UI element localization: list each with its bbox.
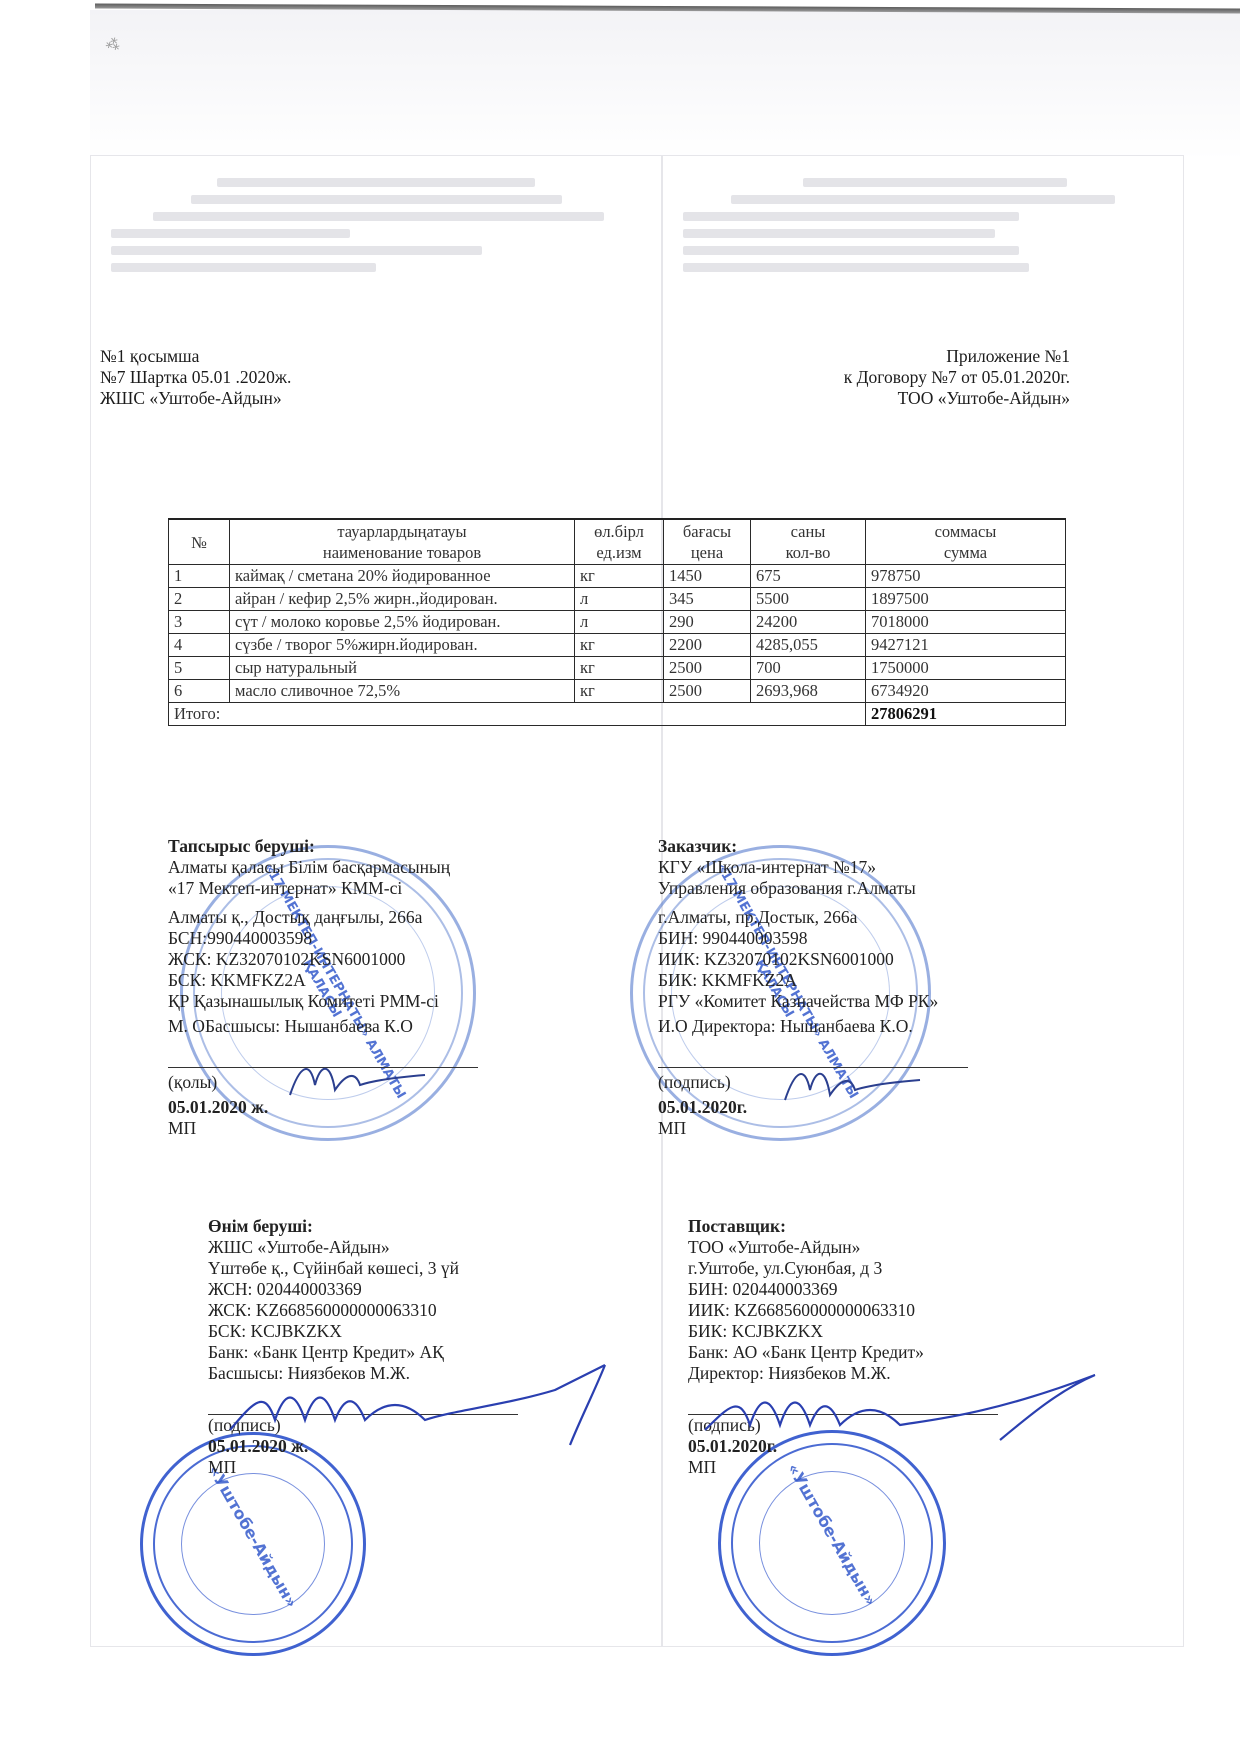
customer-name-ru: КГУ «Школа-интернат №17» bbox=[658, 857, 968, 878]
signature-customer-kz bbox=[280, 1055, 430, 1105]
table-header-row: № тауарлардыңатауынаименование товаров ө… bbox=[169, 519, 1066, 565]
cell-unit: л bbox=[575, 611, 664, 634]
supplier-bik-kz: БСК: KCJBKZKX bbox=[208, 1321, 518, 1342]
col-number: № bbox=[169, 519, 230, 565]
table-row: 2айран / кефир 2,5% жирн.,йодирован.л345… bbox=[169, 588, 1066, 611]
seal-label: МП bbox=[658, 1118, 968, 1139]
col-price: бағасыцена bbox=[664, 519, 751, 565]
cell-price: 345 bbox=[664, 588, 751, 611]
cell-no: 4 bbox=[169, 634, 230, 657]
supplier-iik-ru: ИИК: KZ668560000000063310 bbox=[688, 1300, 998, 1321]
col-qty: саныкол-во bbox=[751, 519, 866, 565]
total-row: Итого: 27806291 bbox=[169, 703, 1066, 726]
cell-name: масло сливочное 72,5% bbox=[230, 680, 575, 703]
company-ru: ТОО «Уштобе-Айдын» bbox=[844, 388, 1070, 409]
cell-name: сүт / молоко коровье 2,5% йодирован. bbox=[230, 611, 575, 634]
seal-label: МП bbox=[168, 1118, 478, 1139]
table-row: 1каймақ / сметана 20% йодированноекг1450… bbox=[169, 565, 1066, 588]
customer-name-ru-2: Управления образования г.Алматы bbox=[658, 878, 968, 899]
col-sum: соммасысумма bbox=[866, 519, 1066, 565]
total-value: 27806291 bbox=[866, 703, 1066, 726]
supplier-bin-ru: БИН: 020440003369 bbox=[688, 1279, 998, 1300]
cell-qty: 5500 bbox=[751, 588, 866, 611]
customer-iik-ru: ИИК: KZ32070102KSN6001000 bbox=[658, 949, 968, 970]
goods-table-body: 1каймақ / сметана 20% йодированноекг1450… bbox=[169, 565, 1066, 703]
cell-no: 2 bbox=[169, 588, 230, 611]
cell-sum: 978750 bbox=[866, 565, 1066, 588]
goods-table: № тауарлардыңатауынаименование товаров ө… bbox=[168, 518, 1066, 726]
cell-name: сыр натуральный bbox=[230, 657, 575, 680]
signature-supplier-ru bbox=[700, 1365, 1100, 1450]
customer-title-kz: Тапсырыс беруші: bbox=[168, 836, 478, 857]
table-row: 5сыр натуральныйкг25007001750000 bbox=[169, 657, 1066, 680]
customer-iik-kz: ЖСК: KZ32070102KSN6001000 bbox=[168, 949, 478, 970]
customer-name-kz: Алматы қаласы Білім басқармасының bbox=[168, 857, 478, 878]
supplier-address-kz: Үштөбе қ., Сүйінбай көшесі, 3 үй bbox=[208, 1258, 518, 1279]
seal-label: МП bbox=[688, 1457, 998, 1478]
cell-unit: кг bbox=[575, 634, 664, 657]
signature-supplier-kz bbox=[225, 1360, 615, 1450]
customer-address-ru: г.Алматы, пр.Достык, 266а bbox=[658, 907, 968, 928]
cell-no: 3 bbox=[169, 611, 230, 634]
customer-bik-kz: БСК: KKMFKZ2A bbox=[168, 970, 478, 991]
supplier-title-kz: Өнім беруші: bbox=[208, 1216, 518, 1237]
cell-unit: л bbox=[575, 588, 664, 611]
cell-price: 290 bbox=[664, 611, 751, 634]
cell-price: 2500 bbox=[664, 657, 751, 680]
col-name: тауарлардыңатауынаименование товаров bbox=[230, 519, 575, 565]
cell-price: 2500 bbox=[664, 680, 751, 703]
cell-sum: 6734920 bbox=[866, 680, 1066, 703]
supplier-bin-kz: ЖСН: 020440003369 bbox=[208, 1279, 518, 1300]
cell-no: 5 bbox=[169, 657, 230, 680]
cell-unit: кг bbox=[575, 565, 664, 588]
customer-head-ru: И.О Директора: Нышанбаева К.О. bbox=[658, 1016, 968, 1037]
supplier-bank-ru: Банк: АО «Банк Центр Кредит» bbox=[688, 1342, 998, 1363]
supplier-title-ru: Поставщик: bbox=[688, 1216, 998, 1237]
customer-title-ru: Заказчик: bbox=[658, 836, 968, 857]
annex-number-kz: №1 қосымша bbox=[100, 346, 291, 367]
customer-name-kz-2: «17 Мектеп-интернат» КММ-сі bbox=[168, 878, 478, 899]
col-unit: өл.бірлед.изм bbox=[575, 519, 664, 565]
table-row: 6масло сливочное 72,5%кг25002693,9686734… bbox=[169, 680, 1066, 703]
cell-unit: кг bbox=[575, 680, 664, 703]
customer-bin-kz: БСН:990440003598 bbox=[168, 928, 478, 949]
contract-ref-ru: к Договору №7 от 05.01.2020г. bbox=[844, 367, 1070, 388]
customer-bik-ru: БИК: KKMFKZ2A bbox=[658, 970, 968, 991]
cell-price: 2200 bbox=[664, 634, 751, 657]
supplier-address-ru: г.Уштобе, ул.Суюнбая, д 3 bbox=[688, 1258, 998, 1279]
cell-name: сүзбе / творог 5%жирн.йодирован. bbox=[230, 634, 575, 657]
seal-label: МП bbox=[208, 1457, 518, 1478]
total-label: Итого: bbox=[169, 703, 866, 726]
cell-qty: 675 bbox=[751, 565, 866, 588]
cell-qty: 4285,055 bbox=[751, 634, 866, 657]
supplier-name-kz: ЖШС «Уштобе-Айдын» bbox=[208, 1237, 518, 1258]
cell-unit: кг bbox=[575, 657, 664, 680]
cell-sum: 7018000 bbox=[866, 611, 1066, 634]
table-row: 4сүзбе / творог 5%жирн.йодирован.кг22004… bbox=[169, 634, 1066, 657]
cell-sum: 1897500 bbox=[866, 588, 1066, 611]
cell-name: каймақ / сметана 20% йодированное bbox=[230, 565, 575, 588]
scan-shadow bbox=[90, 10, 1240, 160]
header-left: №1 қосымша №7 Шартка 05.01 .2020ж. ЖШС «… bbox=[100, 346, 291, 409]
customer-head-kz: М. ОБасшысы: Нышанбаева К.О bbox=[168, 1016, 478, 1037]
annex-number-ru: Приложение №1 bbox=[844, 346, 1070, 367]
header-right: Приложение №1 к Договору №7 от 05.01.202… bbox=[844, 346, 1070, 409]
cell-qty: 700 bbox=[751, 657, 866, 680]
cell-sum: 1750000 bbox=[866, 657, 1066, 680]
cell-name: айран / кефир 2,5% жирн.,йодирован. bbox=[230, 588, 575, 611]
supplier-bik-ru: БИК: KCJBKZKX bbox=[688, 1321, 998, 1342]
supplier-iik-kz: ЖСК: KZ668560000000063310 bbox=[208, 1300, 518, 1321]
customer-address-kz: Алматы қ., Достық даңғылы, 266а bbox=[168, 907, 478, 928]
customer-treasury-ru: РГУ «Комитет Казначейства МФ РК» bbox=[658, 991, 968, 1012]
cell-price: 1450 bbox=[664, 565, 751, 588]
table-row: 3сүт / молоко коровье 2,5% йодирован.л29… bbox=[169, 611, 1066, 634]
customer-bin-ru: БИН: 990440003598 bbox=[658, 928, 968, 949]
signature-customer-ru bbox=[775, 1060, 925, 1110]
cell-sum: 9427121 bbox=[866, 634, 1066, 657]
cell-qty: 24200 bbox=[751, 611, 866, 634]
cell-qty: 2693,968 bbox=[751, 680, 866, 703]
company-kz: ЖШС «Уштобе-Айдын» bbox=[100, 388, 291, 409]
supplier-name-ru: ТОО «Уштобе-Айдын» bbox=[688, 1237, 998, 1258]
contract-ref-kz: №7 Шартка 05.01 .2020ж. bbox=[100, 367, 291, 388]
customer-treasury-kz: ҚР Қазынашылық Комитеті РММ-сі bbox=[168, 991, 478, 1012]
cell-no: 6 bbox=[169, 680, 230, 703]
cell-no: 1 bbox=[169, 565, 230, 588]
